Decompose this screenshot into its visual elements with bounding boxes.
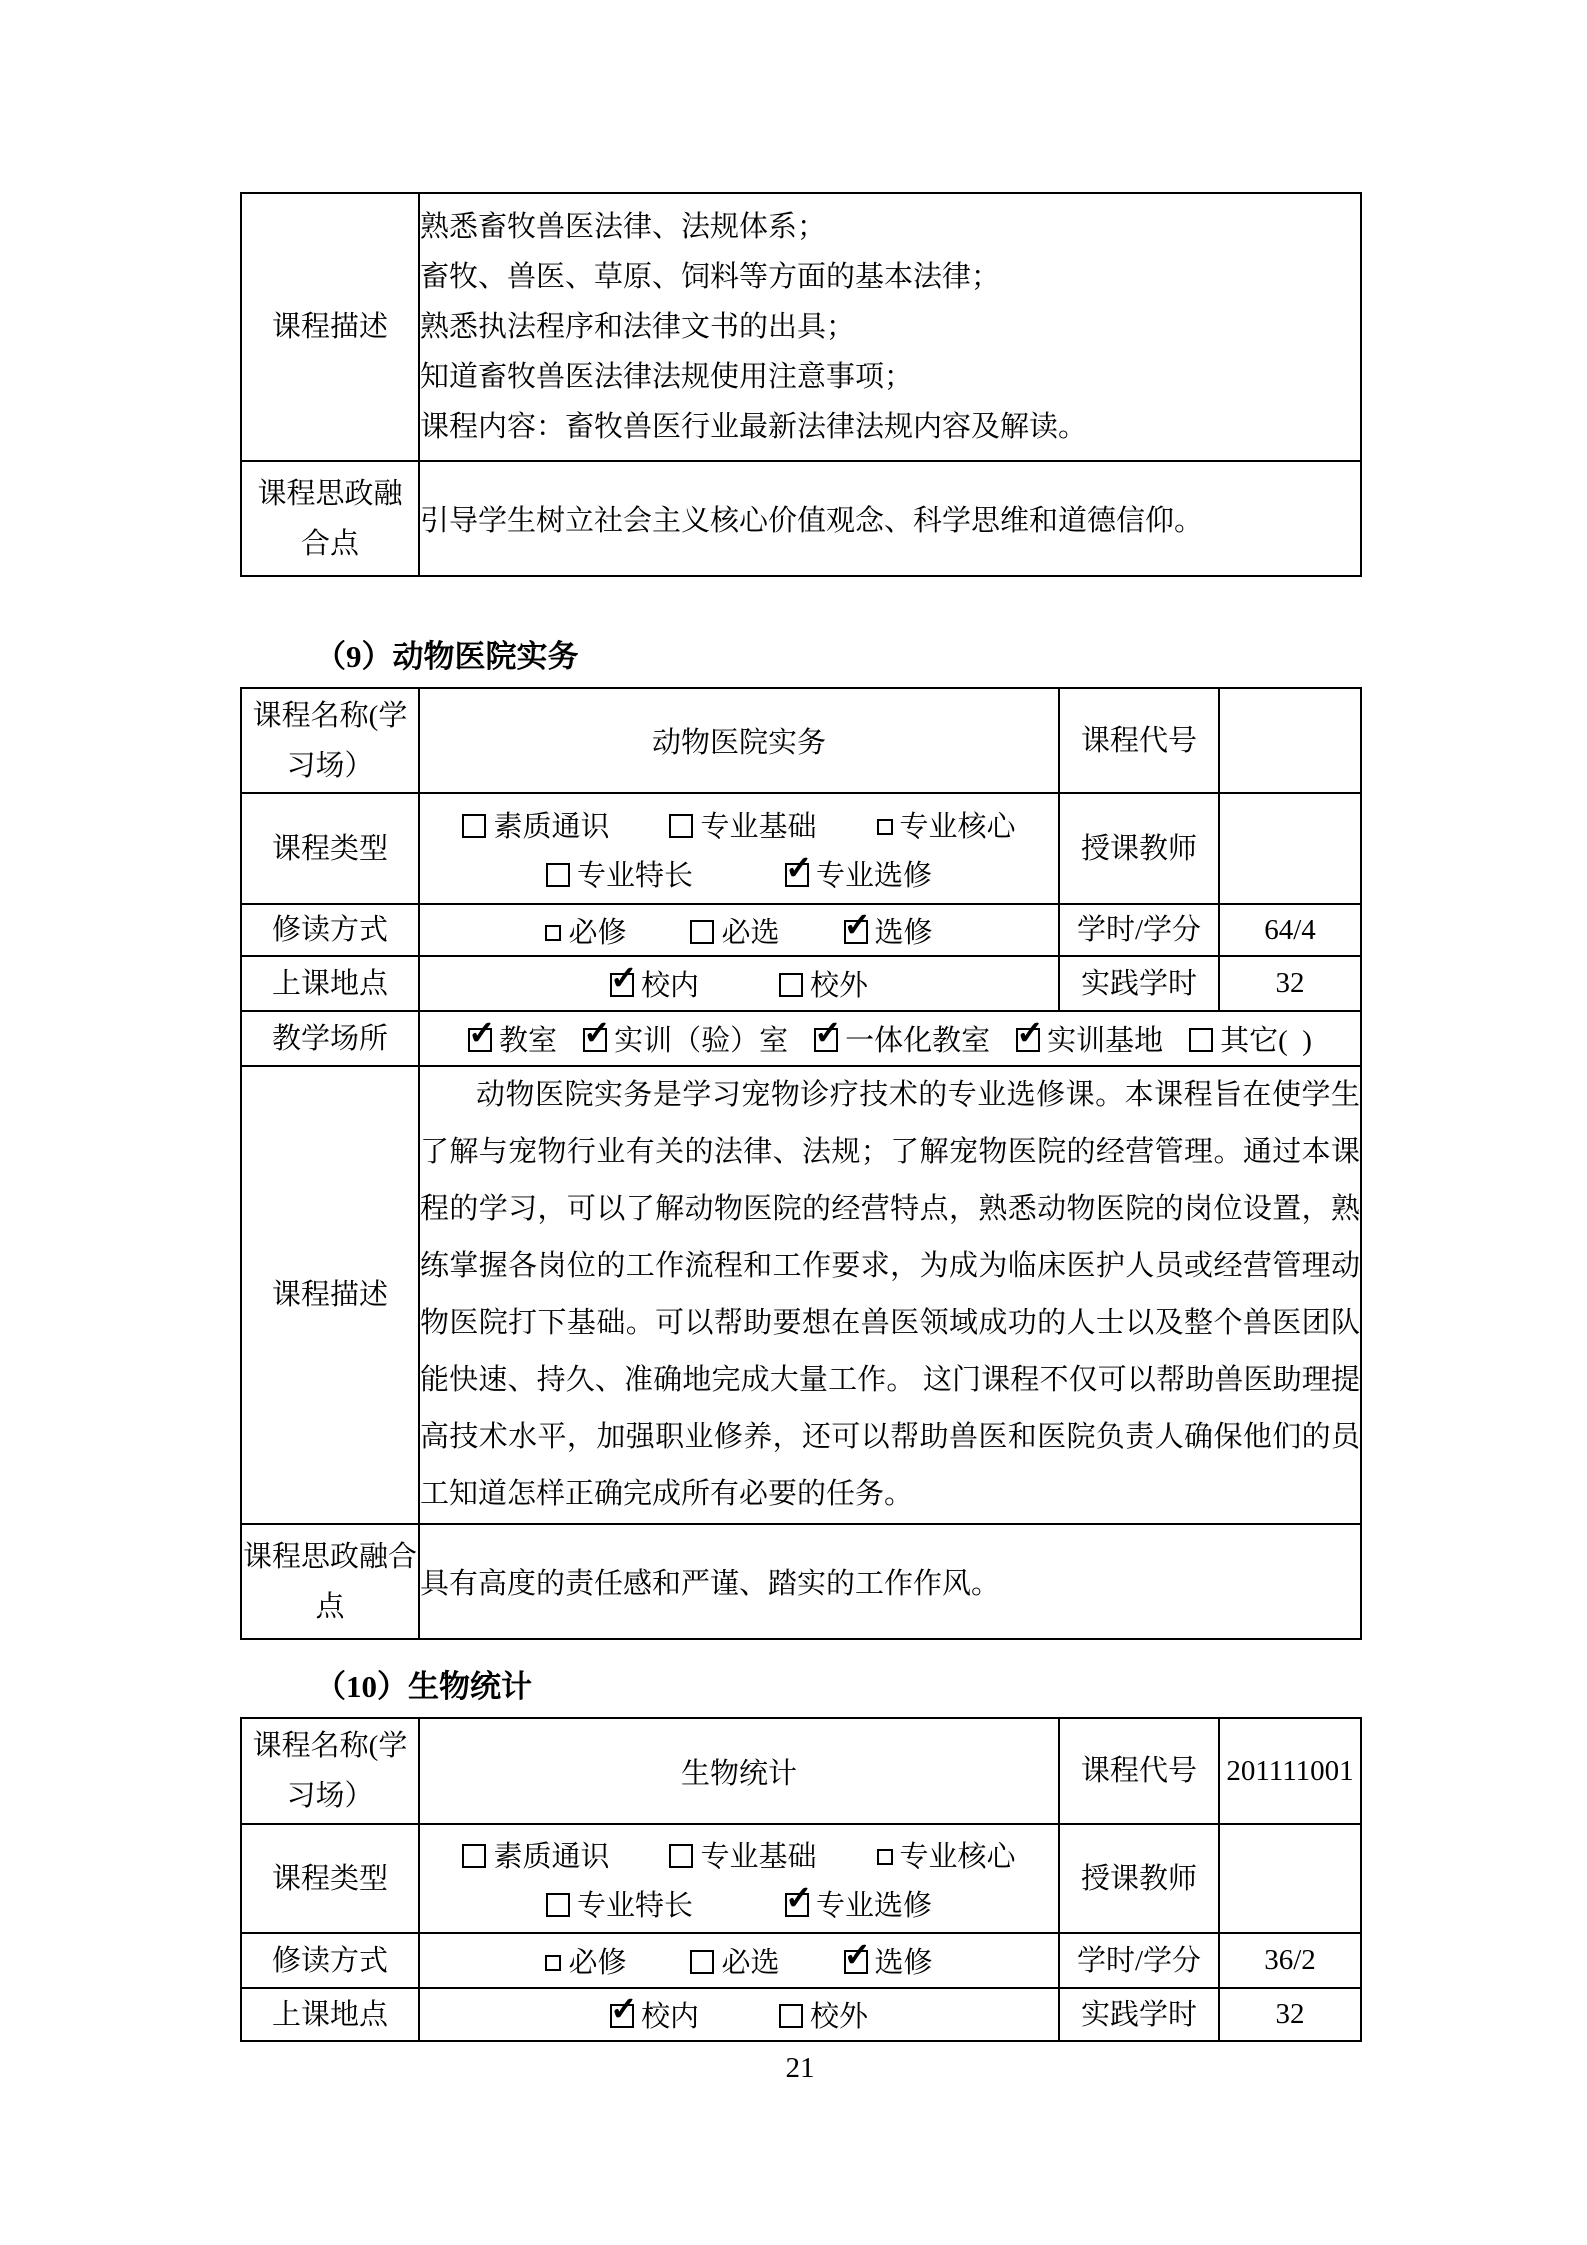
table-row: 课程思政融 合点 引导学生树立社会主义核心价值观念、科学思维和道德信仰。 — [241, 461, 1361, 576]
checkbox-option: 素质通识 — [462, 804, 609, 845]
previous-course-table: 课程描述 熟悉畜牧兽医法律、法规体系； 畜牧、兽医、草原、饲料等方面的基本法律；… — [240, 192, 1362, 577]
table-row: 教学场所 教室 实训（验）室 一体化教室 实训基地 其它( ) — [241, 1011, 1361, 1066]
option-label: 必选 — [721, 1947, 779, 1979]
practice-hours-value: 32 — [1219, 956, 1361, 1011]
class-location-options-line: 校内 校外 — [420, 1994, 1058, 2035]
table-row: 课程思政融合 点 具有高度的责任感和严谨、踏实的工作作风。 — [241, 1524, 1361, 1639]
course-type-options-line1: 素质通识 专业基础 专业核心 — [420, 1834, 1058, 1875]
section-10-table: 课程名称(学 习场） 生物统计 课程代号 201111001 课程类型 素质通识… — [240, 1717, 1362, 2042]
section-10-table-wrapper: 课程名称(学 习场） 生物统计 课程代号 201111001 课程类型 素质通识… — [240, 1717, 1360, 2042]
course-name-value: 生物统计 — [419, 1718, 1059, 1824]
practice-hours-label: 实践学时 — [1059, 956, 1219, 1011]
teacher-label: 授课教师 — [1059, 793, 1219, 904]
checkbox-option: 必修 — [545, 1940, 626, 1981]
teaching-venue-label: 教学场所 — [241, 1011, 419, 1066]
option-label: 素质通识 — [493, 811, 609, 843]
study-mode-label: 修读方式 — [241, 1933, 419, 1988]
table-row: 课程类型 素质通识 专业基础 专业核心 专业特长 专业选修 授课教师 — [241, 793, 1361, 904]
course-type-options: 素质通识 专业基础 专业核心 专业特长 专业选修 — [419, 1824, 1059, 1933]
option-label: 教室 — [499, 1025, 557, 1057]
checkbox-icon — [814, 1028, 838, 1052]
option-label: 必选 — [721, 917, 779, 949]
section-9-heading: （9）动物医院实务 — [240, 638, 1435, 676]
section-10-heading: （10）生物统计 — [240, 1668, 1435, 1706]
checkbox-option: 校内 — [610, 1994, 699, 2035]
checkbox-icon — [690, 1950, 714, 1974]
checkbox-icon — [545, 925, 561, 941]
checkbox-icon — [583, 1028, 607, 1052]
checkbox-option: 选修 — [844, 910, 933, 951]
checkbox-icon — [844, 1950, 868, 1974]
checkbox-icon — [779, 973, 803, 997]
table-row: 修读方式 必修 必选 选修 学时/学分 64/4 — [241, 904, 1361, 956]
table-row: 课程类型 素质通识 专业基础 专业核心 专业特长 专业选修 授课教师 — [241, 1824, 1361, 1933]
study-mode-options-line: 必修 必选 选修 — [420, 910, 1058, 951]
checkbox-icon — [779, 2004, 803, 2028]
course-description-text: 动物医院实务是学习宠物诊疗技术的专业选修课。本课程旨在使学生了解与宠物行业有关的… — [419, 1066, 1361, 1524]
hours-credits-value: 64/4 — [1219, 904, 1361, 956]
option-label: 校内 — [641, 2001, 699, 2033]
course-type-label: 课程类型 — [241, 1824, 419, 1933]
class-location-options: 校内 校外 — [419, 1988, 1059, 2041]
checkbox-option: 实训基地 — [1016, 1018, 1163, 1059]
checkbox-option: 校外 — [779, 963, 868, 1004]
teacher-value — [1219, 793, 1361, 904]
option-label: 校外 — [810, 970, 868, 1002]
previous-course-table-wrapper: 课程描述 熟悉畜牧兽医法律、法规体系； 畜牧、兽医、草原、饲料等方面的基本法律；… — [240, 192, 1360, 577]
study-mode-label: 修读方式 — [241, 904, 419, 956]
section-9-table-wrapper: 课程名称(学 习场） 动物医院实务 课程代号 课程类型 素质通识 专业基础 专业… — [240, 687, 1360, 1640]
checkbox-icon — [877, 1849, 893, 1865]
option-label: 专业核心 — [900, 811, 1016, 843]
document-page: 课程描述 熟悉畜牧兽医法律、法规体系； 畜牧、兽医、草原、饲料等方面的基本法律；… — [0, 0, 1587, 2245]
practice-hours-value: 32 — [1219, 1988, 1361, 2041]
option-label: 选修 — [875, 917, 933, 949]
option-label: 必修 — [568, 917, 626, 949]
page-number: 21 — [240, 2052, 1360, 2085]
section-9-table: 课程名称(学 习场） 动物医院实务 课程代号 课程类型 素质通识 专业基础 专业… — [240, 687, 1362, 1640]
checkbox-option: 教室 — [468, 1018, 557, 1059]
ideology-label: 课程思政融 合点 — [241, 461, 419, 576]
checkbox-option: 必选 — [690, 910, 779, 951]
checkbox-option: 专业核心 — [877, 804, 1016, 845]
checkbox-option: 其它( ) — [1189, 1018, 1312, 1059]
course-type-options-line2: 专业特长 专业选修 — [420, 853, 1058, 894]
checkbox-option: 必选 — [690, 1940, 779, 1981]
course-code-label: 课程代号 — [1059, 1718, 1219, 1824]
ideology-text: 引导学生树立社会主义核心价值观念、科学思维和道德信仰。 — [419, 461, 1361, 576]
checkbox-icon — [610, 2004, 634, 2028]
teaching-venue-options-line: 教室 实训（验）室 一体化教室 实训基地 其它( ) — [420, 1018, 1360, 1059]
table-row: 课程描述 动物医院实务是学习宠物诊疗技术的专业选修课。本课程旨在使学生了解与宠物… — [241, 1066, 1361, 1524]
option-label: 素质通识 — [493, 1841, 609, 1873]
checkbox-icon — [1189, 1028, 1213, 1052]
option-label: 专业特长 — [577, 860, 693, 892]
class-location-label: 上课地点 — [241, 956, 419, 1011]
checkbox-option: 专业特长 — [546, 1883, 693, 1924]
checkbox-option: 专业基础 — [669, 804, 816, 845]
checkbox-option: 专业选修 — [785, 1883, 932, 1924]
checkbox-option: 专业选修 — [785, 853, 932, 894]
checkbox-option: 选修 — [844, 1940, 933, 1981]
option-label: 专业基础 — [700, 811, 816, 843]
checkbox-option: 专业特长 — [546, 853, 693, 894]
checkbox-option: 一体化教室 — [814, 1018, 990, 1059]
hours-credits-label: 学时/学分 — [1059, 1933, 1219, 1988]
checkbox-icon — [690, 920, 714, 944]
checkbox-icon — [546, 863, 570, 887]
course-name-label: 课程名称(学 习场） — [241, 1718, 419, 1824]
checkbox-icon — [785, 1893, 809, 1917]
course-type-label: 课程类型 — [241, 793, 419, 904]
checkbox-icon — [462, 1844, 486, 1868]
checkbox-icon — [545, 1955, 561, 1971]
option-label: 实训（验）室 — [614, 1025, 788, 1057]
class-location-options-line: 校内 校外 — [420, 963, 1058, 1004]
document-content: 课程描述 熟悉畜牧兽医法律、法规体系； 畜牧、兽医、草原、饲料等方面的基本法律；… — [240, 0, 1360, 2245]
course-type-options: 素质通识 专业基础 专业核心 专业特长 专业选修 — [419, 793, 1059, 904]
option-label: 一体化教室 — [845, 1025, 990, 1057]
option-label: 选修 — [875, 1947, 933, 1979]
course-type-options-line2: 专业特长 专业选修 — [420, 1883, 1058, 1924]
ideology-text: 具有高度的责任感和严谨、踏实的工作作风。 — [419, 1524, 1361, 1639]
class-location-options: 校内 校外 — [419, 956, 1059, 1011]
option-label: 专业选修 — [816, 860, 932, 892]
table-row: 上课地点 校内 校外 实践学时 32 — [241, 956, 1361, 1011]
checkbox-option: 专业核心 — [877, 1834, 1016, 1875]
ideology-label: 课程思政融合 点 — [241, 1524, 419, 1639]
course-code-value — [1219, 688, 1361, 793]
checkbox-icon — [877, 819, 893, 835]
course-name-label: 课程名称(学 习场） — [241, 688, 419, 793]
option-label: 实训基地 — [1047, 1025, 1163, 1057]
course-type-options-line1: 素质通识 专业基础 专业核心 — [420, 804, 1058, 845]
checkbox-option: 校外 — [779, 1994, 868, 2035]
study-mode-options-line: 必修 必选 选修 — [420, 1940, 1058, 1981]
course-code-value: 201111001 — [1219, 1718, 1361, 1824]
course-description-label: 课程描述 — [241, 1066, 419, 1524]
table-row: 课程描述 熟悉畜牧兽医法律、法规体系； 畜牧、兽医、草原、饲料等方面的基本法律；… — [241, 193, 1361, 461]
option-label: 校内 — [641, 970, 699, 1002]
option-label: 专业核心 — [900, 1841, 1016, 1873]
checkbox-option: 校内 — [610, 963, 699, 1004]
course-description-label: 课程描述 — [241, 193, 419, 461]
checkbox-icon — [844, 920, 868, 944]
checkbox-icon — [468, 1028, 492, 1052]
checkbox-icon — [610, 973, 634, 997]
table-row: 课程名称(学 习场） 生物统计 课程代号 201111001 — [241, 1718, 1361, 1824]
option-label: 必修 — [568, 1947, 626, 1979]
teacher-value — [1219, 1824, 1361, 1933]
course-name-value: 动物医院实务 — [419, 688, 1059, 793]
checkbox-icon — [669, 814, 693, 838]
checkbox-option: 素质通识 — [462, 1834, 609, 1875]
table-row: 上课地点 校内 校外 实践学时 32 — [241, 1988, 1361, 2041]
course-code-label: 课程代号 — [1059, 688, 1219, 793]
option-label: 专业基础 — [700, 1841, 816, 1873]
hours-credits-value: 36/2 — [1219, 1933, 1361, 1988]
checkbox-option: 专业基础 — [669, 1834, 816, 1875]
table-row: 课程名称(学 习场） 动物医院实务 课程代号 — [241, 688, 1361, 793]
course-description-text: 熟悉畜牧兽医法律、法规体系； 畜牧、兽医、草原、饲料等方面的基本法律； 熟悉执法… — [419, 193, 1361, 461]
option-label: 专业特长 — [577, 1890, 693, 1922]
checkbox-option: 必修 — [545, 910, 626, 951]
study-mode-options: 必修 必选 选修 — [419, 1933, 1059, 1988]
checkbox-icon — [462, 814, 486, 838]
checkbox-option: 实训（验）室 — [583, 1018, 788, 1059]
teacher-label: 授课教师 — [1059, 1824, 1219, 1933]
option-label: 其它( ) — [1220, 1025, 1312, 1057]
checkbox-icon — [1016, 1028, 1040, 1052]
teaching-venue-options: 教室 实训（验）室 一体化教室 实训基地 其它( ) — [419, 1011, 1361, 1066]
study-mode-options: 必修 必选 选修 — [419, 904, 1059, 956]
checkbox-icon — [785, 863, 809, 887]
option-label: 校外 — [810, 2001, 868, 2033]
checkbox-icon — [546, 1893, 570, 1917]
checkbox-icon — [669, 1844, 693, 1868]
class-location-label: 上课地点 — [241, 1988, 419, 2041]
hours-credits-label: 学时/学分 — [1059, 904, 1219, 956]
practice-hours-label: 实践学时 — [1059, 1988, 1219, 2041]
table-row: 修读方式 必修 必选 选修 学时/学分 36/2 — [241, 1933, 1361, 1988]
option-label: 专业选修 — [816, 1890, 932, 1922]
